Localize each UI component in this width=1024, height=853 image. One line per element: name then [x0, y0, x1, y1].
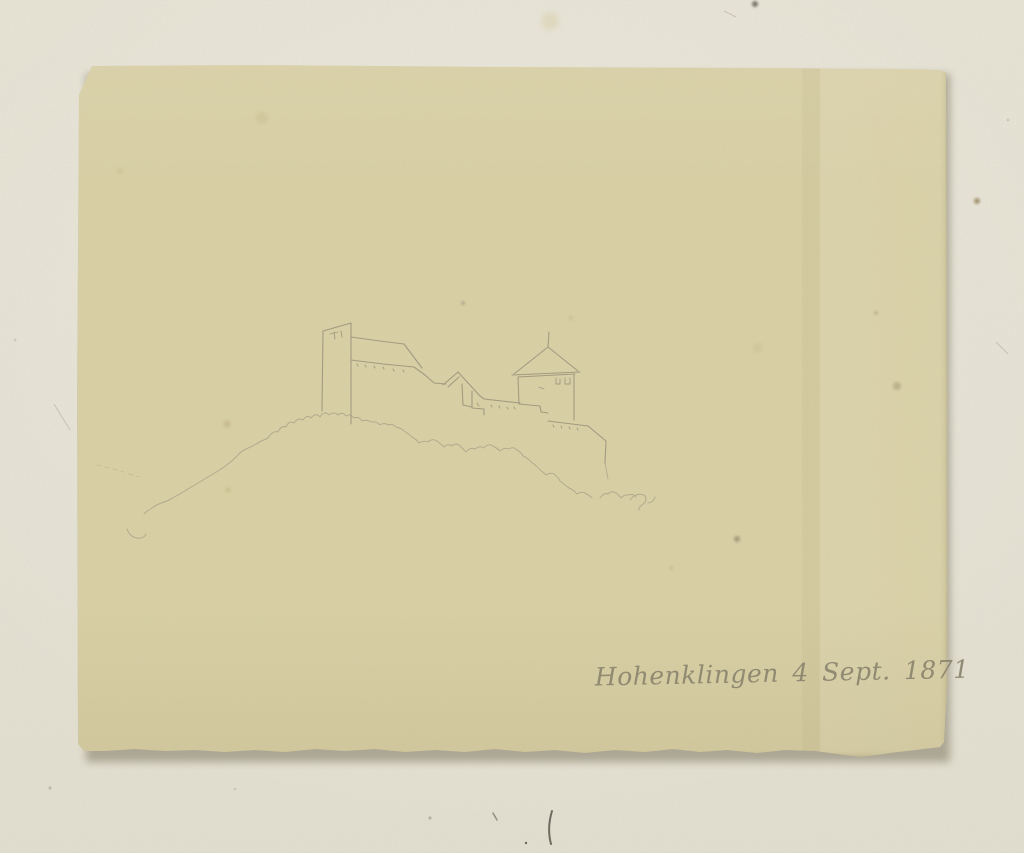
artist-inscription: Hohenklingen 4 Sept. 1871: [595, 655, 936, 706]
drawing-sheet: [77, 64, 948, 758]
scanned-drawing: Hohenklingen 4 Sept. 1871: [0, 0, 1024, 853]
mount-pencil-stroke: [493, 811, 552, 844]
